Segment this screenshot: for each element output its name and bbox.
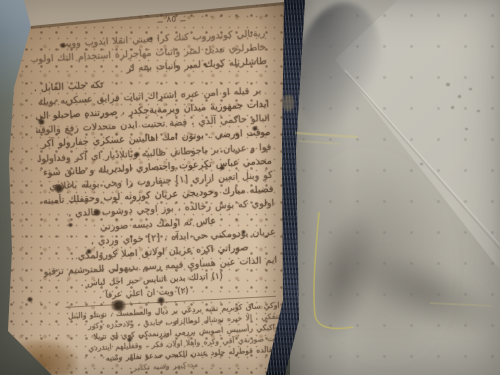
spot-stain: [469, 88, 472, 90]
right-page-blank: [290, 0, 500, 375]
page-fold-highlight: [335, 0, 500, 270]
page-shadow: [281, 137, 472, 375]
dark-smudge: [295, 202, 392, 349]
photo-open-book: ــ ٨٥ ــ ريةنالي كوندوروب كنك كرا بعيني …: [0, 0, 500, 375]
ink-stain: [27, 297, 33, 302]
spot-stain: [446, 83, 450, 86]
ottoman-text-block: ــ ٨٥ ــ ريةنالي كوندوروب كنك كرا بعيني …: [30, 10, 282, 375]
spot-stain: [458, 95, 461, 98]
spot-stain: [451, 106, 454, 109]
binding-thread-gap: [283, 95, 294, 111]
spot-stain: [465, 128, 468, 130]
spot-stain: [420, 163, 423, 165]
dark-smudge: [342, 235, 500, 351]
spot-stain: [477, 110, 480, 112]
